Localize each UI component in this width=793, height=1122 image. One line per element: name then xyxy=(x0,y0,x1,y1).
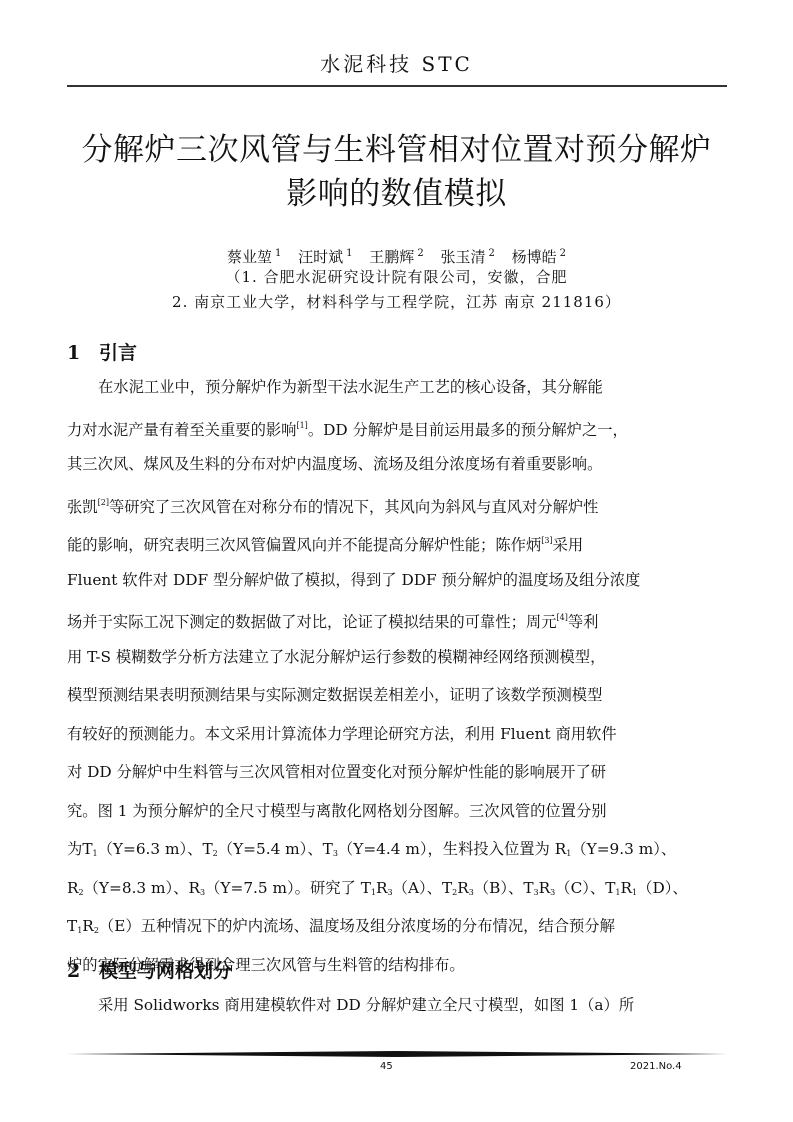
paper-title: 分解炉三次风管与生料管相对位置对预分解炉 影响的数值模拟 xyxy=(40,128,753,216)
author: 王鹏辉2 xyxy=(369,248,423,266)
page-number: 45 xyxy=(380,1061,393,1072)
text-line: 力对水泥产量有着至关重要的影响[1]。DD 分解炉是目前运用最多的预分解炉之一， xyxy=(67,407,732,446)
header-rule xyxy=(67,85,727,87)
model-paragraph: 采用 Solidworks 商用建模软件对 DD 分解炉建立全尺寸模型，如图 1… xyxy=(67,986,732,1025)
affiliation-2: 2. 南京工业大学，材料科学与工程学院，江苏 南京 211816） xyxy=(0,291,793,313)
text-line: 有较好的预测能力。本文采用计算流体力学理论研究方法，利用 Fluent 商用软件 xyxy=(67,715,732,754)
text-line: R2（Y=8.3 m）、R3（Y=7.5 m）。研究了 T1R3（A）、T2R3… xyxy=(67,869,732,908)
section-title: 引言 xyxy=(99,342,137,364)
text-line: 究。图 1 为预分解炉的全尺寸模型与离散化网格划分图解。三次风管的位置分别 xyxy=(67,792,732,831)
issue-label: 2021.No.4 xyxy=(630,1061,682,1072)
author: 杨博皓2 xyxy=(512,248,566,266)
text-line: T1R2（E）五种情况下的炉内流场、温度场及组分浓度场的分布情况，结合预分解 xyxy=(67,907,732,946)
section-heading-introduction: 1引言 xyxy=(67,338,137,365)
title-line-2: 影响的数值模拟 xyxy=(40,172,753,216)
author-list: 蔡业堃1 汪时斌1 王鹏辉2 张玉清2 杨博皓2 xyxy=(0,243,793,268)
text-line: 采用 Solidworks 商用建模软件对 DD 分解炉建立全尺寸模型，如图 1… xyxy=(67,986,732,1025)
author: 蔡业堃1 xyxy=(227,248,281,266)
citation[interactable]: [3] xyxy=(541,536,552,545)
text-line: Fluent 软件对 DDF 型分解炉做了模拟，得到了 DDF 预分解炉的温度场… xyxy=(67,561,732,600)
text-line: 其三次风、煤风及生料的分布对炉内温度场、流场及组分浓度场有着重要影响。 xyxy=(67,445,732,484)
footer-rule xyxy=(67,1051,727,1055)
section-heading-model-and-mesh: 2模型与网格划分 xyxy=(67,956,232,983)
text-line: 为T1（Y=6.3 m）、T2（Y=5.4 m）、T3（Y=4.4 m），生料投… xyxy=(67,830,732,869)
citation[interactable]: [4] xyxy=(557,613,568,622)
author: 汪时斌1 xyxy=(298,248,352,266)
text-line: 张凯[2]等研究了三次风管在对称分布的情况下，其风向为斜风与直风对分解炉性 xyxy=(67,484,732,523)
journal-header: 水泥科技 STC xyxy=(0,48,793,77)
title-line-1: 分解炉三次风管与生料管相对位置对预分解炉 xyxy=(40,128,753,172)
text-line: 对 DD 分解炉中生料管与三次风管相对位置变化对预分解炉性能的影响展开了研 xyxy=(67,753,732,792)
author: 张玉清2 xyxy=(440,248,494,266)
text-line: 用 T-S 模糊数学分析方法建立了水泥分解炉运行参数的模糊神经网络预测模型， xyxy=(67,638,732,677)
citation[interactable]: [2] xyxy=(98,498,109,507)
citation[interactable]: [1] xyxy=(296,421,307,430)
section-number: 1 xyxy=(67,342,99,364)
affiliation-1: （1. 合肥水泥研究设计院有限公司，安徽，合肥 xyxy=(0,266,793,288)
text-line: 能的影响，研究表明三次风管偏置风向并不能提高分解炉性能；陈作炳[3]采用 xyxy=(67,522,732,561)
section-title: 模型与网格划分 xyxy=(99,960,232,982)
text-line: 模型预测结果表明预测结果与实际测定数据误差相差小，证明了该数学预测模型 xyxy=(67,676,732,715)
section-number: 2 xyxy=(67,960,99,982)
text-line: 在水泥工业中，预分解炉作为新型干法水泥生产工艺的核心设备，其分解能 xyxy=(67,368,732,407)
introduction-paragraph: 在水泥工业中，预分解炉作为新型干法水泥生产工艺的核心设备，其分解能 力对水泥产量… xyxy=(67,368,732,984)
text-line: 场并于实际工况下测定的数据做了对比，论证了模拟结果的可靠性；周元[4]等利 xyxy=(67,599,732,638)
